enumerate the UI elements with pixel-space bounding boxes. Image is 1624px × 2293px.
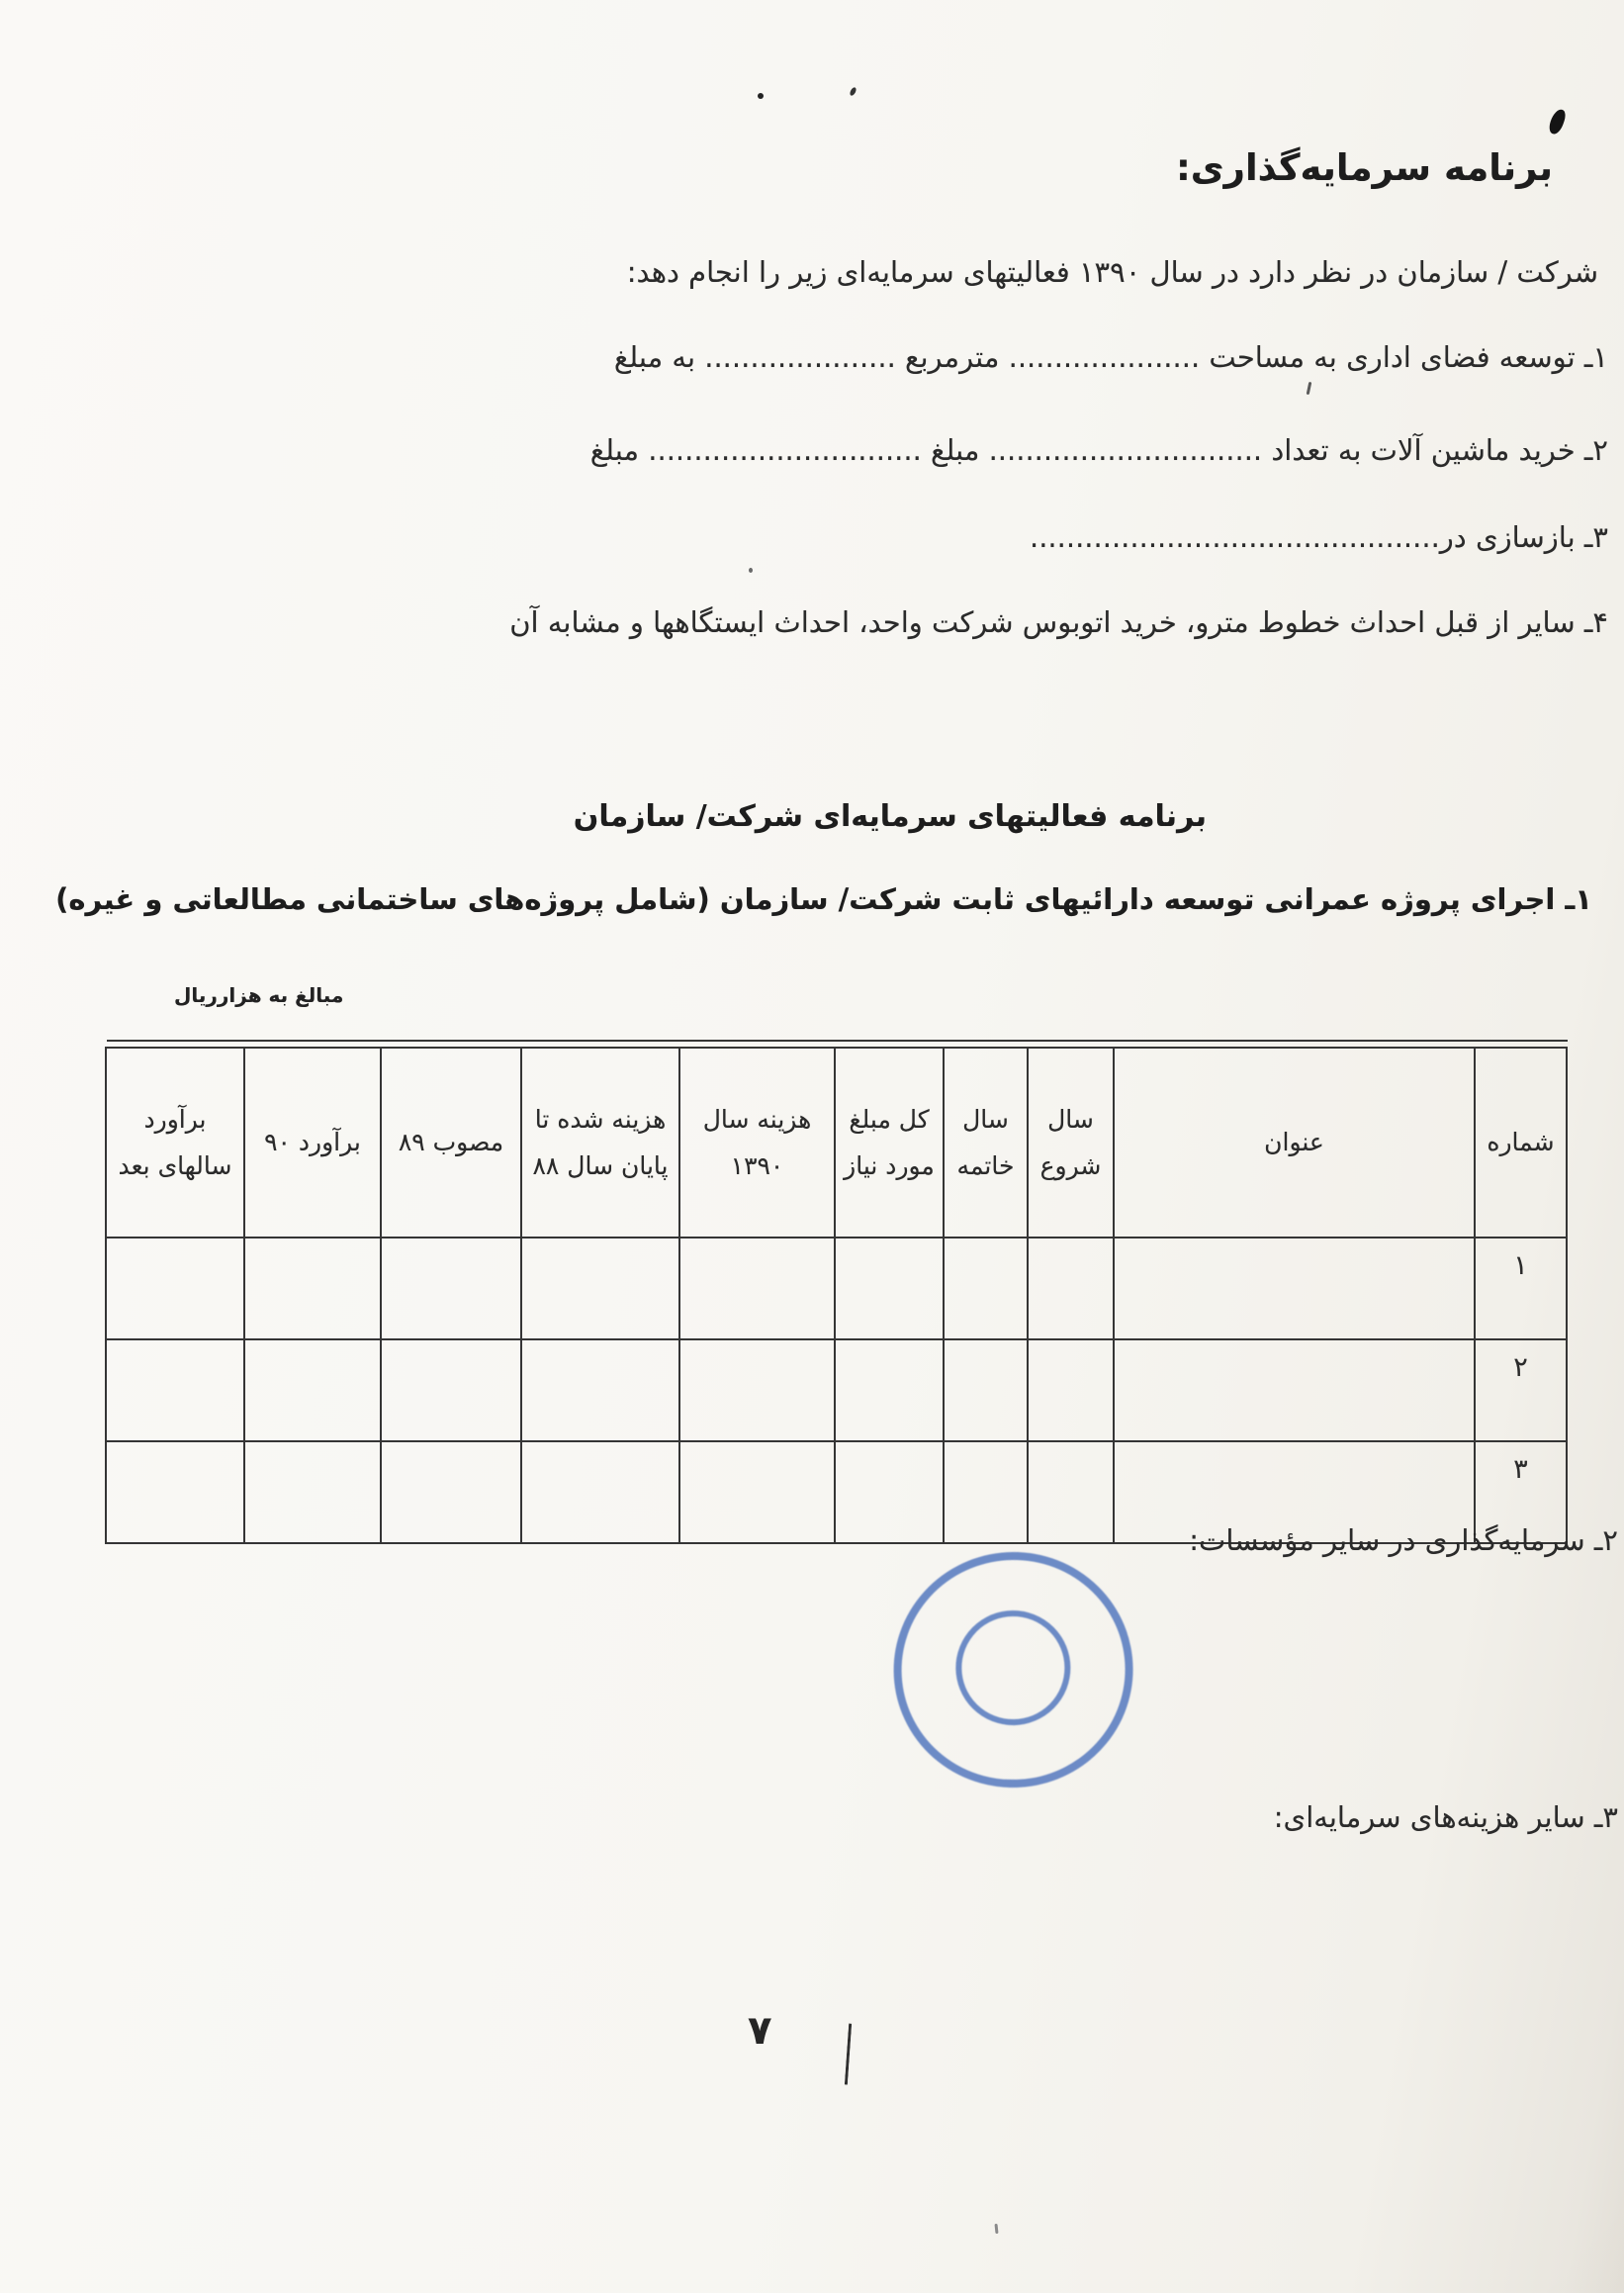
empty-cell — [679, 1238, 835, 1339]
empty-cell — [679, 1441, 835, 1543]
ink-speck — [994, 2224, 998, 2234]
page-title: برنامه سرمایه‌گذاری: — [1176, 146, 1553, 189]
council-stamp: شورای اسلامی شهر تهران — [862, 1535, 1166, 1812]
empty-cell — [521, 1441, 679, 1543]
investment-item-2: ۲ـ خرید ماشین آلات به تعداد ............… — [590, 433, 1608, 467]
section-heading: برنامه فعالیتهای سرمایه‌ای شرکت/ سازمان — [574, 799, 1207, 834]
empty-cell — [381, 1339, 521, 1441]
col-estimate-following-years: برآورد سالهای بعد — [106, 1048, 244, 1238]
table-header-row: شماره عنوان سال شروع سال خاتمه کل مبلغ م… — [106, 1048, 1567, 1238]
scanned-document-page: برنامه سرمایه‌گذاری: شرکت / سازمان در نظ… — [0, 0, 1624, 2293]
ink-speck — [749, 568, 753, 573]
section-subheading: ۱ـ اجرای پروژه عمرانی توسعه دارائیهای ثا… — [55, 882, 1592, 916]
ink-speck — [758, 93, 764, 99]
col-end-year: سال خاتمه — [944, 1048, 1028, 1238]
empty-cell — [106, 1339, 244, 1441]
item-other-capital-expenses: ۳ـ سایر هزینه‌های سرمایه‌ای: — [1274, 1800, 1618, 1834]
col-number: شماره — [1475, 1048, 1567, 1238]
col-title: عنوان — [1114, 1048, 1475, 1238]
ink-blot — [1547, 108, 1567, 137]
item-other-investments: ۲ـ سرمایه‌گذاری در سایر مؤسسات: — [1189, 1523, 1618, 1557]
investment-item-4: ۴ـ سایر از قبل احداث خطوط مترو، خرید اتو… — [509, 605, 1608, 639]
stamp-outer-circle — [886, 1544, 1140, 1794]
col-estimate-90: برآورد ۹۰ — [244, 1048, 381, 1238]
empty-cell — [244, 1339, 381, 1441]
empty-cell — [944, 1339, 1028, 1441]
row-number-cell: ۲ — [1475, 1339, 1567, 1441]
stamp-text: شورای اسلامی شهر تهران — [862, 1539, 877, 1573]
col-total-amount-needed: کل مبلغ مورد نیاز — [835, 1048, 944, 1238]
empty-cell — [106, 1238, 244, 1339]
col-start-year: سال شروع — [1028, 1048, 1114, 1238]
intro-paragraph: شرکت / سازمان در نظر دارد در سال ۱۳۹۰ فع… — [627, 255, 1598, 289]
empty-cell — [1114, 1238, 1475, 1339]
empty-cell — [244, 1441, 381, 1543]
investment-item-1: ۱ـ توسعه فضای اداری به مساحت ...........… — [614, 340, 1608, 374]
empty-cell — [679, 1339, 835, 1441]
investment-item-3: ۳ـ بازسازی در...........................… — [1030, 520, 1608, 554]
stamp-text-arc: شورای اسلامی شهر تهران — [862, 1539, 877, 1573]
empty-cell — [106, 1441, 244, 1543]
col-approved-89: مصوب ۸۹ — [381, 1048, 521, 1238]
amounts-unit-note: مبالغ به هزارریال — [174, 983, 343, 1007]
empty-cell — [381, 1441, 521, 1543]
table-row: ۲ — [106, 1339, 1567, 1441]
empty-cell — [521, 1339, 679, 1441]
empty-cell — [244, 1238, 381, 1339]
empty-cell — [835, 1339, 944, 1441]
empty-cell — [1114, 1339, 1475, 1441]
empty-cell — [1028, 1339, 1114, 1441]
empty-cell — [944, 1238, 1028, 1339]
empty-cell — [835, 1238, 944, 1339]
empty-cell — [1028, 1441, 1114, 1543]
ink-speck — [849, 86, 857, 96]
row-number-cell: ۱ — [1475, 1238, 1567, 1339]
projects-table: شماره عنوان سال شروع سال خاتمه کل مبلغ م… — [107, 1047, 1568, 1544]
empty-cell — [521, 1238, 679, 1339]
empty-cell — [944, 1441, 1028, 1543]
stamp-inner-circle — [953, 1608, 1073, 1728]
col-cost-year-1390: هزینه سال ۱۳۹۰ — [679, 1048, 835, 1238]
ink-speck — [1307, 382, 1312, 395]
col-spent-until-end-88: هزینه شده تا پایان سال ۸۸ — [521, 1048, 679, 1238]
table-row: ۱ — [106, 1238, 1567, 1339]
page-number: ۷ — [748, 2008, 771, 2054]
empty-cell — [381, 1238, 521, 1339]
empty-cell — [1028, 1238, 1114, 1339]
empty-cell — [835, 1441, 944, 1543]
pen-stroke — [845, 2023, 865, 2085]
